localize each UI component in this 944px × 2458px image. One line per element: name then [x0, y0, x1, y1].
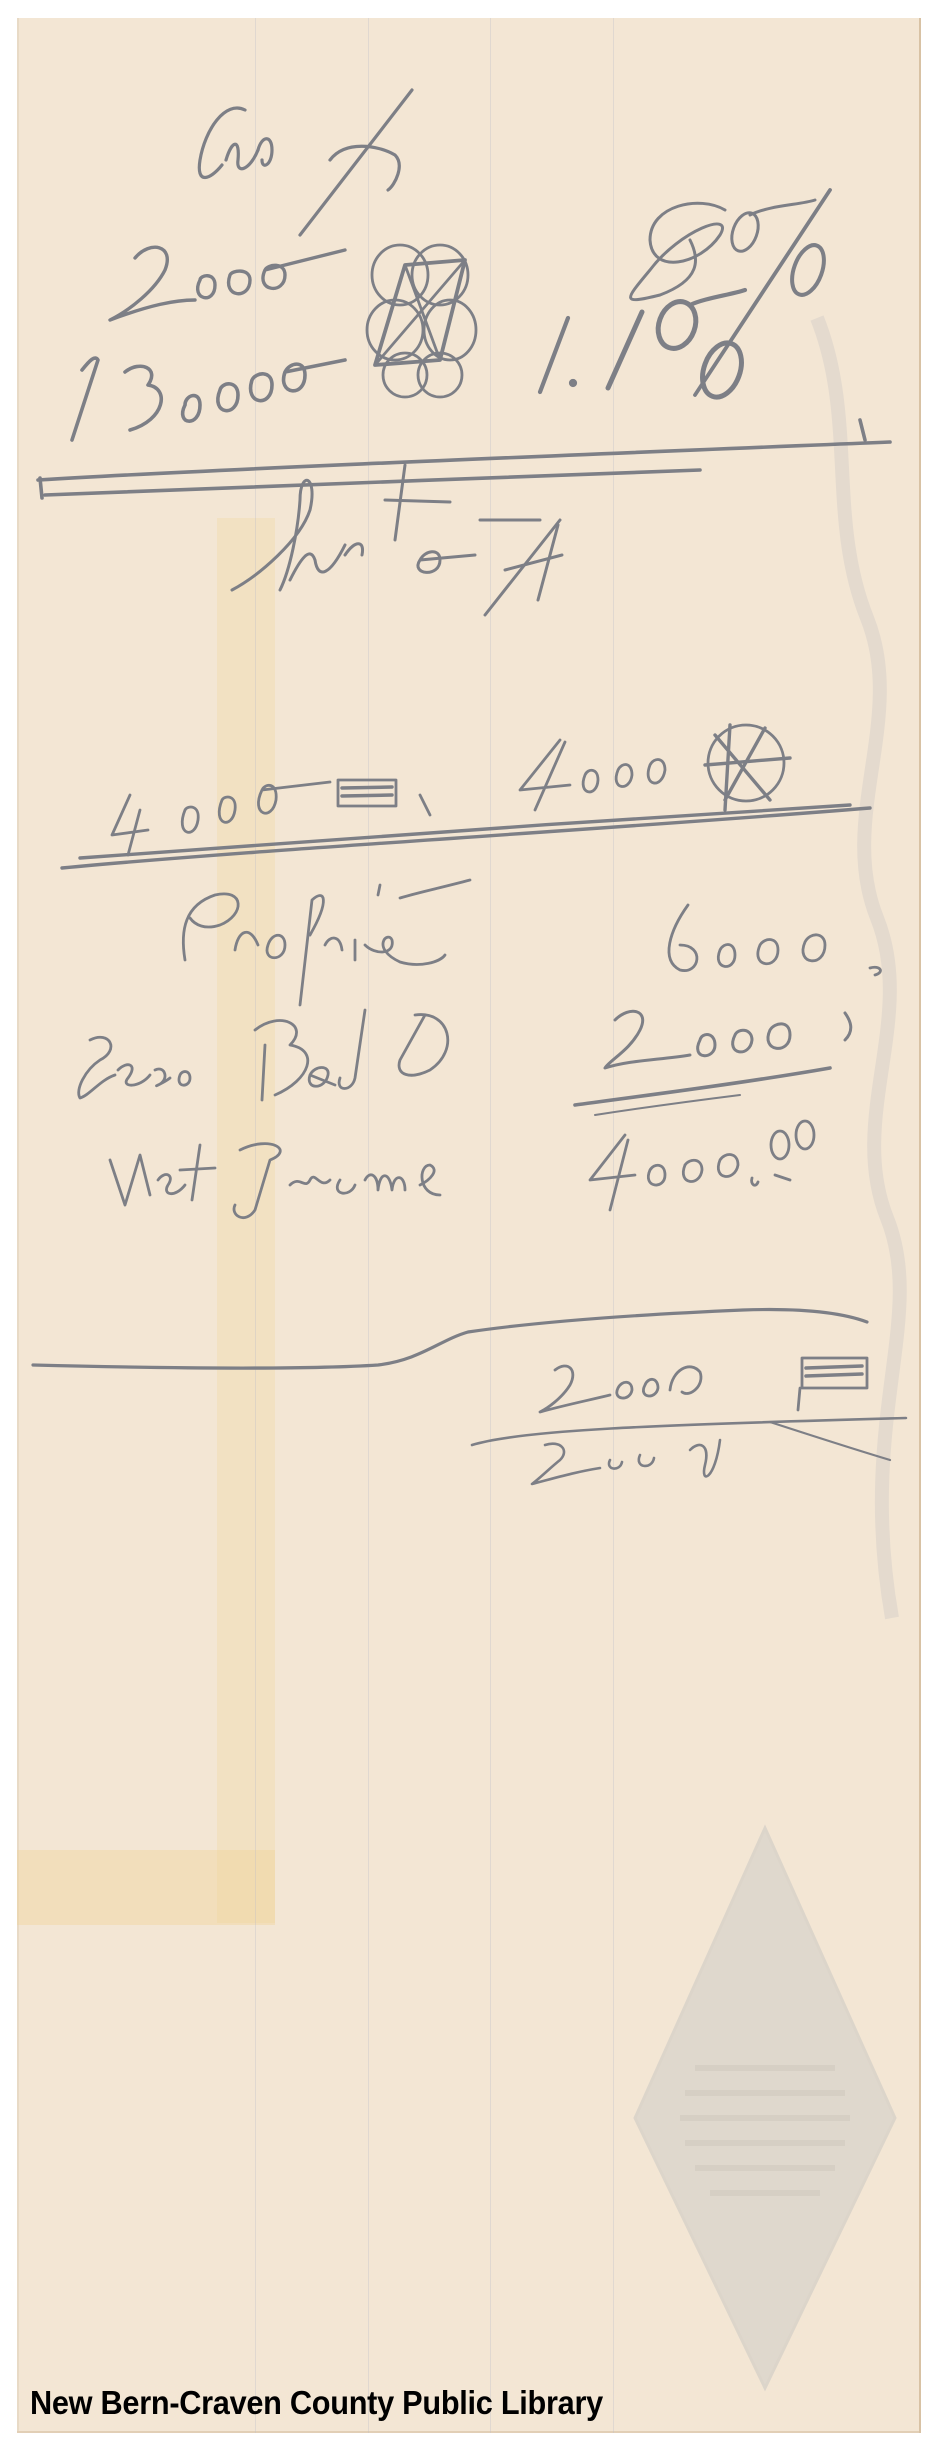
net-income-amount: 4000.00	[585, 1122, 916, 1202]
rate-8-percent: 8%	[615, 190, 774, 290]
watermark-diamond-icon	[625, 1818, 905, 2398]
amount-2000: 2000	[110, 240, 314, 320]
library-attribution: New Bern-Craven County Public Library	[30, 2384, 603, 2422]
ruled-line	[490, 18, 491, 2433]
surtax-left-amount: 4000=	[111, 770, 382, 850]
bottom-amount-2: 2000	[530, 1430, 670, 1485]
net-income-label: Net Income	[103, 1130, 577, 1210]
profits-amount: 6000.	[644, 900, 873, 980]
rate-1-1-percent: 1.1%	[535, 305, 776, 400]
bad-debt-amount: 2000	[601, 1003, 792, 1078]
corp-label: Corp	[200, 90, 498, 210]
surtax-right-amount: 4000	[515, 725, 719, 805]
bottom-amount-1: 2000=	[538, 1358, 741, 1418]
profits-label: Profits	[178, 895, 478, 985]
less-bad-debt-label: Less Bad D	[71, 1005, 526, 1085]
amount-13000: 13000	[60, 345, 346, 435]
surtax-label: Surtax	[233, 470, 604, 580]
stain-vertical	[217, 518, 275, 1923]
stain-horizontal	[17, 1850, 275, 1925]
ruled-line	[368, 18, 369, 2433]
